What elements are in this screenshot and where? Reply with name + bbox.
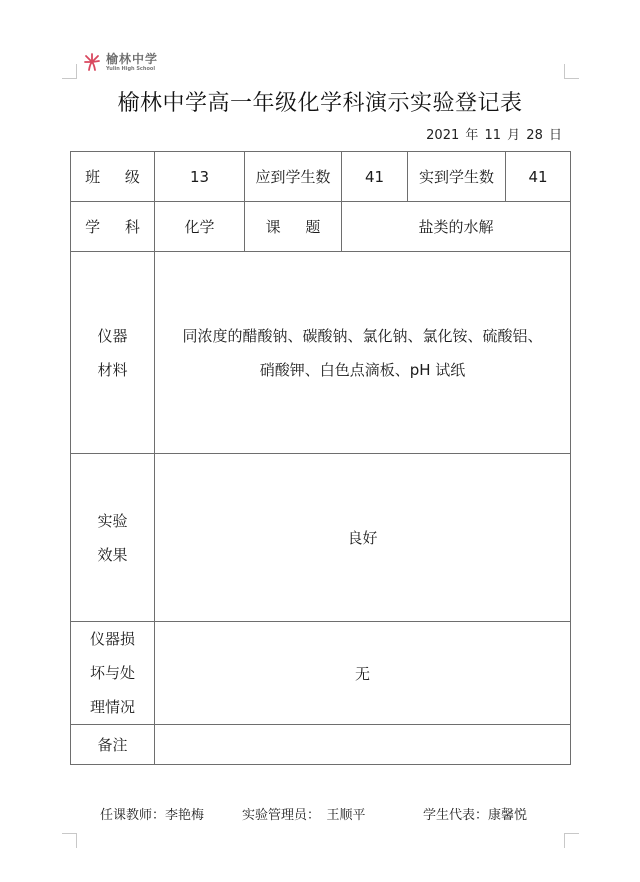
- student-rep-signature: 学生代表：康馨悦: [423, 804, 527, 823]
- class-label: 班 级: [71, 152, 155, 202]
- expected-students-label: 应到学生数: [245, 152, 342, 202]
- table-row-remarks: 备注: [71, 725, 571, 765]
- table-row-materials: 仪器 材料 同浓度的醋酸钠、碳酸钠、氯化钠、氯化铵、硫酸铝、 硝酸钾、白色点滴板…: [71, 252, 571, 454]
- damage-value: 无: [155, 622, 571, 725]
- materials-line-1: 同浓度的醋酸钠、碳酸钠、氯化钠、氯化铵、硫酸铝、: [155, 319, 570, 353]
- table-row-result: 实验 效果 良好: [71, 454, 571, 622]
- table-row-class: 班 级 13 应到学生数 41 实到学生数 41: [71, 152, 571, 202]
- crop-mark-bottom-left: [62, 833, 77, 848]
- result-value: 良好: [155, 454, 571, 622]
- crop-mark-top-right: [564, 64, 579, 79]
- topic-value: 盐类的水解: [342, 202, 571, 252]
- subject-label: 学 科: [71, 202, 155, 252]
- record-date: 2021 年 11 月 28 日: [426, 124, 562, 143]
- actual-students-value: 41: [506, 152, 571, 202]
- table-row-damage: 仪器损 坏与处 理情况 无: [71, 622, 571, 725]
- lab-manager-signature: 实验管理员： 王顺平: [242, 804, 366, 823]
- remarks-value: [155, 725, 571, 765]
- crop-mark-bottom-right: [564, 833, 579, 848]
- result-label: 实验 效果: [71, 454, 155, 622]
- page-title: 榆林中学高一年级化学科演示实验登记表: [0, 86, 640, 117]
- school-emblem-icon: [82, 52, 102, 72]
- remarks-label: 备注: [71, 725, 155, 765]
- expected-students-value: 41: [342, 152, 408, 202]
- actual-students-label: 实到学生数: [408, 152, 506, 202]
- class-value: 13: [155, 152, 245, 202]
- school-logo: 榆林中学 Yulin High School: [82, 52, 158, 72]
- damage-label: 仪器损 坏与处 理情况: [71, 622, 155, 725]
- topic-label: 课 题: [245, 202, 342, 252]
- crop-mark-top-left: [62, 64, 77, 79]
- materials-line-2: 硝酸钾、白色点滴板、pH 试纸: [155, 353, 570, 387]
- materials-value: 同浓度的醋酸钠、碳酸钠、氯化钠、氯化铵、硫酸铝、 硝酸钾、白色点滴板、pH 试纸: [155, 252, 571, 454]
- experiment-register-table: 班 级 13 应到学生数 41 实到学生数 41 学 科 化学 课 题 盐类的水…: [70, 151, 571, 765]
- materials-label: 仪器 材料: [71, 252, 155, 454]
- subject-value: 化学: [155, 202, 245, 252]
- table-row-subject: 学 科 化学 课 题 盐类的水解: [71, 202, 571, 252]
- teacher-signature: 任课教师：李艳梅: [100, 804, 204, 823]
- logo-name-cn: 榆林中学: [106, 53, 158, 65]
- logo-name-en: Yulin High School: [106, 67, 158, 72]
